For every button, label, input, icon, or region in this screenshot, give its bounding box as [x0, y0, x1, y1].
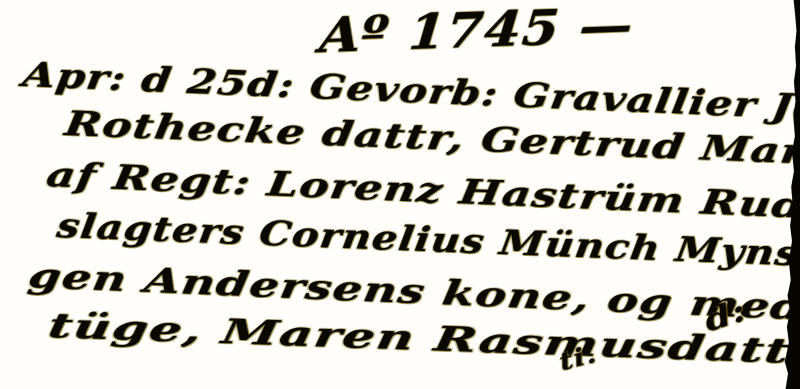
year-heading: Aº 1745 —	[317, 0, 635, 64]
manuscript-page: Aº 1745 — Apr: d 25d: Gevorb: Gravallier…	[0, 0, 800, 389]
